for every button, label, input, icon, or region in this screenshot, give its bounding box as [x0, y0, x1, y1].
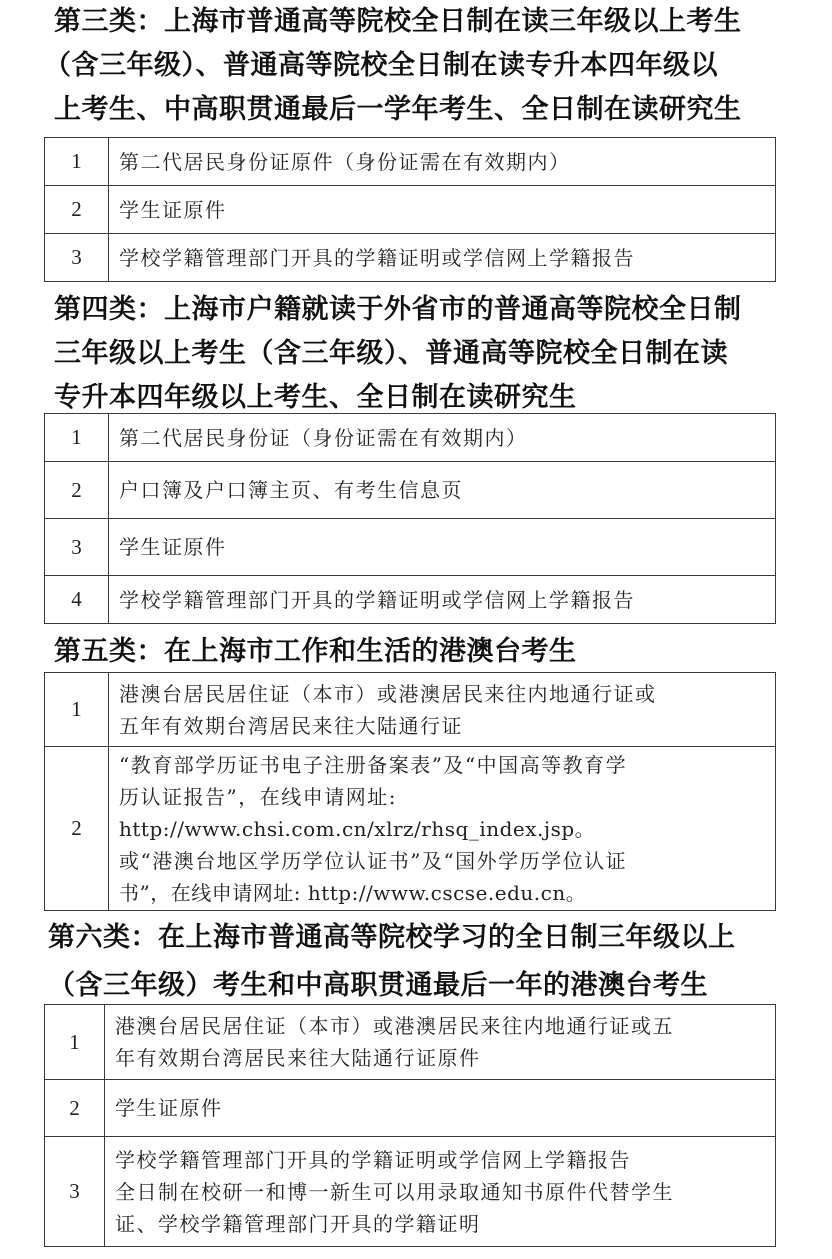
row-content: 学校学籍管理部门开具的学籍证明或学信网上学籍报告	[109, 576, 776, 624]
row-number: 3	[45, 234, 109, 282]
heading-line: 第五类：在上海市工作和生活的港澳台考生	[54, 630, 832, 674]
row-number: 3	[45, 519, 109, 576]
section-4-heading: 第四类：上海市户籍就读于外省市的普通高等院校全日制 三年级以上考生（含三年级）、…	[54, 288, 832, 420]
row-content: 学生证原件	[105, 1080, 776, 1137]
row-content: 学生证原件	[109, 186, 776, 234]
heading-line: 第三类：上海市普通高等院校全日制在读三年级以上考生	[54, 0, 832, 44]
heading-line: 第六类：在上海市普通高等院校学习的全日制三年级以上	[48, 916, 832, 960]
table-row: 2 户口簿及户口簿主页、有考生信息页	[45, 462, 776, 519]
row-number: 2	[45, 1080, 105, 1137]
table-row: 3 学校学籍管理部门开具的学籍证明或学信网上学籍报告	[45, 234, 776, 282]
section-3-heading: 第三类：上海市普通高等院校全日制在读三年级以上考生 （含三年级）、普通高等院校全…	[54, 0, 832, 132]
section-5-table: 1 港澳台居民居住证（本市）或港澳居民来往内地通行证或 五年有效期台湾居民来往大…	[44, 672, 776, 911]
row-content: 第二代居民身份证（身份证需在有效期内）	[109, 414, 776, 462]
table-row: 2 学生证原件	[45, 1080, 776, 1137]
row-number: 2	[45, 747, 109, 911]
section-4-table: 1 第二代居民身份证（身份证需在有效期内） 2 户口簿及户口簿主页、有考生信息页…	[44, 413, 776, 624]
chsi-url: http://www.chsi.com.cn/xlrz/rhsq_index.j…	[119, 813, 769, 845]
section-5-heading: 第五类：在上海市工作和生活的港澳台考生	[54, 630, 832, 674]
row-content: “教育部学历证书电子注册备案表”及“中国高等教育学 历认证报告”，在线申请网址:…	[109, 747, 776, 911]
table-row: 1 第二代居民身份证（身份证需在有效期内）	[45, 414, 776, 462]
row-number: 2	[45, 462, 109, 519]
section-6-heading: 第六类：在上海市普通高等院校学习的全日制三年级以上 （含三年级）考生和中高职贯通…	[48, 916, 832, 1008]
row-number: 3	[45, 1137, 105, 1247]
row-content: 学校学籍管理部门开具的学籍证明或学信网上学籍报告 全日制在校研一和博一新生可以用…	[105, 1137, 776, 1247]
row-number: 1	[45, 138, 109, 186]
row-content: 户口簿及户口簿主页、有考生信息页	[109, 462, 776, 519]
table-row: 3 学校学籍管理部门开具的学籍证明或学信网上学籍报告 全日制在校研一和博一新生可…	[45, 1137, 776, 1247]
row-content: 第二代居民身份证原件（身份证需在有效期内）	[109, 138, 776, 186]
heading-line: 第四类：上海市户籍就读于外省市的普通高等院校全日制	[54, 288, 832, 332]
row-content: 学校学籍管理部门开具的学籍证明或学信网上学籍报告	[109, 234, 776, 282]
heading-line: 上考生、中高职贯通最后一学年考生、全日制在读研究生	[54, 88, 832, 132]
section-6-table: 1 港澳台居民居住证（本市）或港澳居民来往内地通行证或五 年有效期台湾居民来往大…	[44, 1004, 776, 1247]
table-row: 1 港澳台居民居住证（本市）或港澳居民来往内地通行证或五 年有效期台湾居民来往大…	[45, 1005, 776, 1080]
row-number: 4	[45, 576, 109, 624]
cscse-url: 书”，在线申请网址: http://www.cscse.edu.cn。	[119, 877, 769, 909]
row-content: 学生证原件	[109, 519, 776, 576]
row-number: 1	[45, 1005, 105, 1080]
heading-line: （含三年级）考生和中高职贯通最后一年的港澳台考生	[48, 964, 832, 1008]
table-row: 3 学生证原件	[45, 519, 776, 576]
heading-line: 三年级以上考生（含三年级）、普通高等院校全日制在读	[54, 332, 832, 376]
heading-line: （含三年级）、普通高等院校全日制在读专升本四年级以	[44, 44, 832, 88]
row-content: 港澳台居民居住证（本市）或港澳居民来往内地通行证或 五年有效期台湾居民来往大陆通…	[109, 673, 776, 747]
row-number: 1	[45, 414, 109, 462]
table-row: 4 学校学籍管理部门开具的学籍证明或学信网上学籍报告	[45, 576, 776, 624]
row-number: 1	[45, 673, 109, 747]
table-row: 2 学生证原件	[45, 186, 776, 234]
row-number: 2	[45, 186, 109, 234]
section-3-table: 1 第二代居民身份证原件（身份证需在有效期内） 2 学生证原件 3 学校学籍管理…	[44, 137, 776, 282]
table-row: 1 港澳台居民居住证（本市）或港澳居民来往内地通行证或 五年有效期台湾居民来往大…	[45, 673, 776, 747]
table-row: 2 “教育部学历证书电子注册备案表”及“中国高等教育学 历认证报告”，在线申请网…	[45, 747, 776, 911]
row-content: 港澳台居民居住证（本市）或港澳居民来往内地通行证或五 年有效期台湾居民来往大陆通…	[105, 1005, 776, 1080]
table-row: 1 第二代居民身份证原件（身份证需在有效期内）	[45, 138, 776, 186]
